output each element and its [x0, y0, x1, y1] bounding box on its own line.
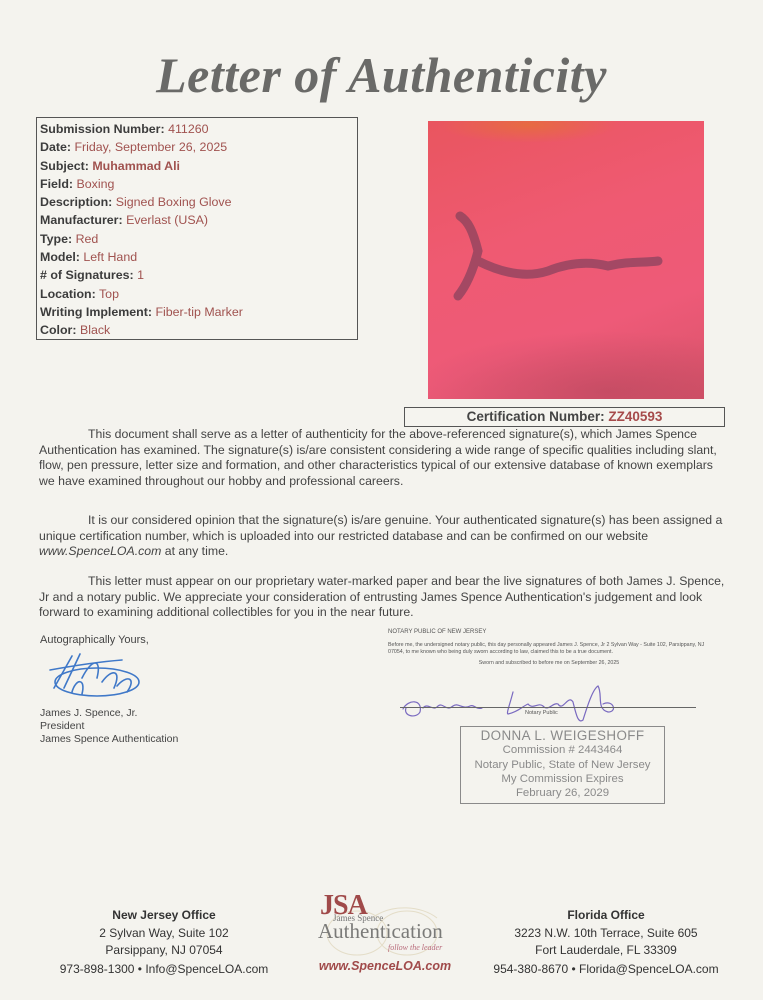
logo-authentication: Authentication: [318, 919, 443, 944]
certification-label: Certification Number:: [467, 409, 605, 424]
notary-line-label: Notary Public: [525, 710, 558, 716]
logo-tagline: follow the leader: [388, 943, 442, 952]
detail-row: Subject: Muhammad Ali: [40, 157, 357, 175]
detail-value: Everlast (USA): [126, 213, 208, 227]
website-link[interactable]: www.SpenceLOA.com: [39, 544, 161, 558]
signer-role: President: [40, 720, 178, 733]
detail-value: Friday, September 26, 2025: [74, 140, 227, 154]
detail-label: # of Signatures:: [40, 268, 134, 282]
notary-stamp: DONNA L. WEIGESHOFF Commission # 2443464…: [460, 726, 665, 804]
detail-label: Date:: [40, 140, 71, 154]
detail-value: Fiber-tip Marker: [155, 305, 242, 319]
signer-name: James J. Spence, Jr.: [40, 707, 178, 720]
detail-value: Red: [76, 232, 99, 246]
detail-row: Date: Friday, September 26, 2025: [40, 138, 357, 156]
notary-signature-icon: [398, 684, 648, 724]
signature-mark-icon: [428, 121, 704, 399]
nj-office: New Jersey Office 2 Sylvan Way, Suite 10…: [44, 907, 284, 978]
signoff-block: Autographically Yours, James J. Spence, …: [40, 634, 178, 746]
fl-contact[interactable]: 954-380-8670 • Florida@SpenceLOA.com: [486, 961, 726, 979]
detail-row: Type: Red: [40, 230, 357, 248]
detail-row: Location: Top: [40, 285, 357, 303]
detail-value: Top: [99, 287, 119, 301]
item-photo: [428, 121, 704, 399]
detail-row: Writing Implement: Fiber-tip Marker: [40, 303, 357, 321]
certification-number: ZZ40593: [608, 409, 662, 424]
fl-address-1: 3223 N.W. 10th Terrace, Suite 605: [486, 925, 726, 943]
detail-row: Model: Left Hand: [40, 248, 357, 266]
fl-office: Florida Office 3223 N.W. 10th Terrace, S…: [486, 907, 726, 978]
detail-label: Subject:: [40, 159, 89, 173]
detail-label: Writing Implement:: [40, 305, 152, 319]
detail-row: # of Signatures: 1: [40, 266, 357, 284]
notary-heading: NOTARY PUBLIC OF NEW JERSEY: [388, 629, 710, 636]
detail-value: Boxing: [77, 177, 115, 191]
signer-company: James Spence Authentication: [40, 733, 178, 746]
notary-signature-line: [400, 707, 696, 708]
stamp-expires-label: My Commission Expires: [461, 772, 664, 786]
page-title: Letter of Authenticity: [0, 46, 763, 104]
fl-office-title: Florida Office: [486, 907, 726, 925]
nj-contact[interactable]: 973-898-1300 • Info@SpenceLOA.com: [44, 961, 284, 979]
president-signature-icon: [42, 648, 142, 700]
paragraph-3: This letter must appear on our proprieta…: [39, 574, 725, 621]
footer-website-link[interactable]: www.SpenceLOA.com: [310, 959, 460, 973]
stamp-name: DONNA L. WEIGESHOFF: [461, 729, 664, 743]
detail-label: Description:: [40, 195, 112, 209]
notary-body: Before me, the undersigned notary public…: [388, 642, 710, 656]
paragraph-1: This document shall serve as a letter of…: [39, 427, 725, 489]
detail-label: Type:: [40, 232, 72, 246]
detail-label: Manufacturer:: [40, 213, 123, 227]
stamp-expires-date: February 26, 2029: [461, 786, 664, 800]
detail-value: 411260: [168, 122, 208, 136]
detail-row: Description: Signed Boxing Glove: [40, 193, 357, 211]
closing-text: Autographically Yours,: [40, 634, 178, 646]
paragraph-2: It is our considered opinion that the si…: [39, 513, 725, 560]
detail-row: Color: Black: [40, 321, 357, 339]
notary-block: NOTARY PUBLIC OF NEW JERSEY Before me, t…: [388, 629, 710, 667]
item-details-box: Submission Number: 411260Date: Friday, S…: [36, 117, 358, 340]
detail-value: Left Hand: [83, 250, 137, 264]
detail-label: Color:: [40, 323, 76, 337]
detail-value: 1: [137, 268, 144, 282]
detail-label: Submission Number:: [40, 122, 165, 136]
jsa-logo: JSA James Spence Authentication follow t…: [302, 890, 462, 980]
detail-label: Location:: [40, 287, 96, 301]
fl-address-2: Fort Lauderdale, FL 33309: [486, 942, 726, 960]
nj-address-2: Parsippany, NJ 07054: [44, 942, 284, 960]
stamp-commission: Commission # 2443464: [461, 743, 664, 757]
stamp-state: Notary Public, State of New Jersey: [461, 758, 664, 772]
detail-row: Submission Number: 411260: [40, 120, 357, 138]
detail-row: Field: Boxing: [40, 175, 357, 193]
detail-value: Signed Boxing Glove: [116, 195, 232, 209]
notary-sworn: Sworn and subscribed to before me on Sep…: [388, 660, 710, 667]
nj-office-title: New Jersey Office: [44, 907, 284, 925]
detail-value: Black: [80, 323, 110, 337]
detail-label: Field:: [40, 177, 73, 191]
detail-label: Model:: [40, 250, 80, 264]
detail-row: Manufacturer: Everlast (USA): [40, 211, 357, 229]
detail-value: Muhammad Ali: [92, 159, 180, 173]
nj-address-1: 2 Sylvan Way, Suite 102: [44, 925, 284, 943]
certification-number-box: Certification Number: ZZ40593: [404, 407, 725, 427]
